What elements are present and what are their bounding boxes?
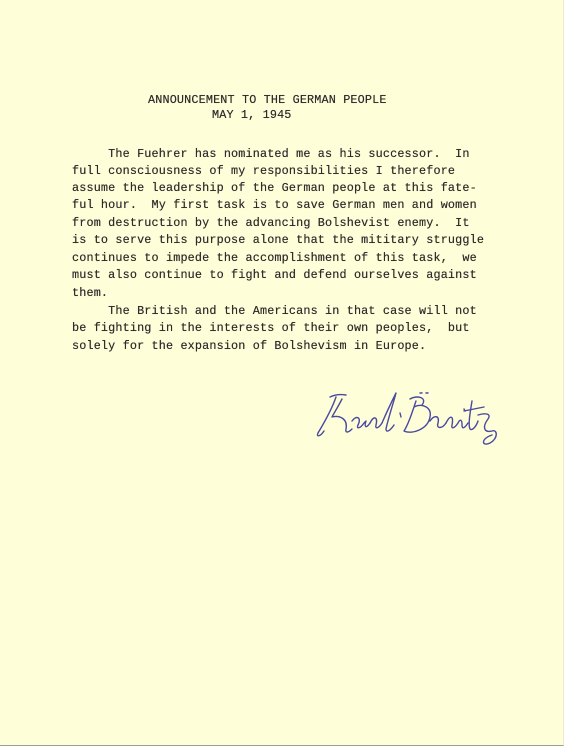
paragraph-2-line-2: be fighting in the interests of their ow… [72,321,470,335]
paragraph-1-line-7: continues to impede the accomplishment o… [72,251,477,265]
paragraph-2-line-3: solely for the expansion of Bolshevism i… [72,339,426,353]
paragraph-1-line-8: must also continue to fight and defend o… [72,268,477,282]
paragraph-2-line-1: The British and the Americans in that ca… [72,304,477,318]
paragraph-1-line-9: them. [72,286,108,300]
paragraph-1-line-5: from destruction by the advancing Bolshe… [72,216,470,230]
signature: Karl Dönitz [312,385,544,457]
document-page: ANNOUNCEMENT TO THE GERMAN PEOPLE MAY 1,… [0,0,564,746]
paragraph-1-line-3: assume the leadership of the German peop… [72,181,477,195]
paragraph-1-line-4: ful hour. My first task is to save Germa… [72,198,477,212]
paragraph-1-line-1: The Fuehrer has nominated me as his succ… [72,147,470,161]
paragraph-1-line-2: full consciousness of my responsibilitie… [72,164,455,178]
paragraph-1-line-6: is to serve this purpose alone that the … [72,233,484,247]
document-title: ANNOUNCEMENT TO THE GERMAN PEOPLE [148,93,387,107]
document-date: MAY 1, 1945 [212,108,292,122]
